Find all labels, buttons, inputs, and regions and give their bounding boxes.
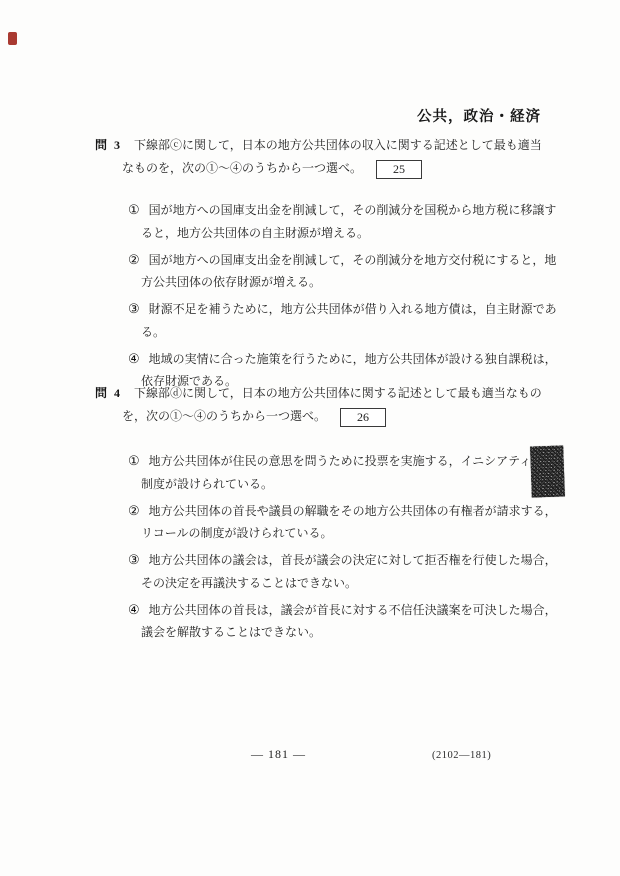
- noise-security-stamp-icon: [530, 445, 565, 497]
- question-4-prompt-text-2: を，次の①～④のうちから一つ選べ。: [122, 409, 326, 423]
- choice-number-icon: ②: [128, 252, 140, 267]
- choice-text: 地方公共団体の議会は，首長が議会の決定に対して拒否権を行使した場合，その決定を再…: [141, 553, 557, 590]
- question-4: 問 4下線部ⓓに関して，日本の地方公共団体に関する記述として最も適当なもの を，…: [95, 382, 557, 648]
- question-4-choice-1: ①地方公共団体が住民の意思を問うために投票を実施する，イニシアティブの制度が設け…: [128, 450, 557, 495]
- question-4-choice-2: ②地方公共団体の首長や議員の解職をその地方公共団体の有権者が請求する，リコールの…: [128, 500, 557, 545]
- choice-number-icon: ④: [128, 602, 140, 617]
- choice-text: 国が地方への国庫支出金を削減して，その削減分を国税から地方税に移譲すると，地方公…: [141, 203, 556, 240]
- page-title: 公共，政治・経済: [0, 105, 541, 126]
- choice-number-icon: ③: [128, 552, 140, 567]
- question-3-choices: ①国が地方への国庫支出金を削減して，その削減分を国税から地方税に移譲すると，地方…: [128, 199, 557, 393]
- question-3-prompt-text-2: なものを，次の①～④のうちから一つ選べ。: [122, 161, 362, 175]
- question-3: 問 3下線部ⓒに関して，日本の地方公共団体の収入に関する記述として最も適当 なも…: [95, 134, 557, 397]
- choice-number-icon: ②: [128, 503, 140, 518]
- choice-number-icon: ④: [128, 351, 140, 366]
- question-3-choice-1: ①国が地方への国庫支出金を削減して，その削減分を国税から地方税に移譲すると，地方…: [128, 199, 557, 244]
- question-3-prompt-line-1: 問 3下線部ⓒに関して，日本の地方公共団体の収入に関する記述として最も適当: [95, 134, 557, 157]
- choice-text: 地方公共団体の首長は，議会が首長に対する不信任決議案を可決した場合，議会を解散す…: [141, 603, 557, 640]
- question-3-answer-number-box: 25: [376, 160, 422, 179]
- question-4-prompt-line-2: を，次の①～④のうちから一つ選べ。26: [95, 405, 557, 428]
- question-4-choices: ①地方公共団体が住民の意思を問うために投票を実施する，イニシアティブの制度が設け…: [128, 450, 557, 644]
- question-4-choice-3: ③地方公共団体の議会は，首長が議会の決定に対して拒否権を行使した場合，その決定を…: [128, 549, 557, 594]
- question-3-label: 問 3: [95, 138, 122, 152]
- question-4-answer-number-box: 26: [340, 408, 386, 427]
- question-3-prompt-text: 下線部ⓒに関して，日本の地方公共団体の収入に関する記述として最も適当: [134, 138, 542, 152]
- question-4-prompt-line-1: 問 4下線部ⓓに関して，日本の地方公共団体に関する記述として最も適当なもの: [95, 382, 557, 405]
- choice-text: 国が地方への国庫支出金を削減して，その削減分を地方交付税にすると，地方公共団体の…: [141, 253, 556, 290]
- question-4-prompt-text: 下線部ⓓに関して，日本の地方公共団体に関する記述として最も適当なもの: [134, 386, 542, 400]
- booklet-code: (2102—181): [432, 750, 491, 761]
- red-corner-mark-icon: [8, 32, 17, 45]
- choice-text: 財源不足を補うために，地方公共団体が借り入れる地方債は，自主財源である。: [141, 302, 557, 339]
- question-4-choice-4: ④地方公共団体の首長は，議会が首長に対する不信任決議案を可決した場合，議会を解散…: [128, 599, 557, 644]
- choice-text: 地方公共団体が住民の意思を問うために投票を実施する，イニシアティブの制度が設けら…: [141, 454, 555, 491]
- choice-text: 地方公共団体の首長や議員の解職をその地方公共団体の有権者が請求する，リコールの制…: [141, 504, 557, 541]
- choice-number-icon: ③: [128, 301, 140, 316]
- choice-number-icon: ①: [128, 202, 140, 217]
- page-number: — 181 —: [251, 747, 306, 762]
- question-3-choice-3: ③財源不足を補うために，地方公共団体が借り入れる地方債は，自主財源である。: [128, 298, 557, 343]
- choice-number-icon: ①: [128, 453, 140, 468]
- question-3-prompt-line-2: なものを，次の①～④のうちから一つ選べ。25: [95, 157, 557, 180]
- question-3-choice-2: ②国が地方への国庫支出金を削減して，その削減分を地方交付税にすると，地方公共団体…: [128, 249, 557, 294]
- question-4-label: 問 4: [95, 386, 122, 400]
